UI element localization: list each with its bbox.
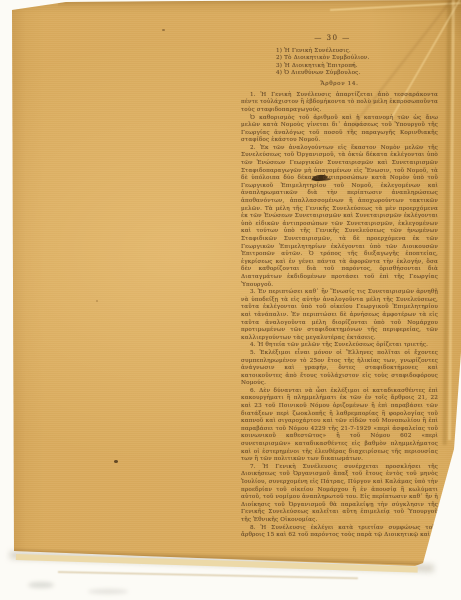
paragraph: 8. Ἡ Συνέλευσις ἐκλέγει κατὰ τριετίαν συ… xyxy=(241,525,438,540)
list-item: 4) Ὁ Διευθύνων Σύμβουλος. xyxy=(276,70,438,77)
paragraph: 7. Ἡ Γενικὴ Συνέλευσις συνέρχεται προσκλ… xyxy=(241,464,438,525)
page-number: — 30 — xyxy=(241,34,438,42)
list-item: 2) Τὸ Διοικητικὸν Συμβούλιον. xyxy=(276,55,438,62)
organs-list: 1) Ἡ Γενικὴ Συνέλευσις. 2) Τὸ Διοικητικὸ… xyxy=(276,48,438,78)
paragraph: 4. Ἡ θητεία τῶν μελῶν τῆς Συνελεύσεως ὁρ… xyxy=(241,342,438,350)
top-right-corner-shading xyxy=(440,0,461,52)
paragraph: 1. Ἡ Γενικὴ Συνέλευσις ἀπαρτίζεται ἀπὸ τ… xyxy=(241,92,438,115)
underlying-sheet-line xyxy=(58,571,358,579)
paragraph: 6. Δὲν δύνανται νὰ ὦσι ἐκλέξιμοι οἱ κατα… xyxy=(241,388,438,464)
printed-text-column: — 30 — 1) Ἡ Γενικὴ Συνέλευσις. 2) Τὸ Διο… xyxy=(241,34,438,540)
paper-speck xyxy=(114,460,118,463)
scanned-document-page: — 30 — 1) Ἡ Γενικὴ Συνέλευσις. 2) Τὸ Διο… xyxy=(0,0,461,600)
paper-speck xyxy=(162,29,165,31)
paper-sheet: — 30 — 1) Ἡ Γενικὴ Συνέλευσις. 2) Τὸ Διο… xyxy=(0,0,461,600)
paragraph: 2. Ἐκ τῶν ἀναλογούντων εἰς ἕκαστον Νομὸν… xyxy=(241,145,438,289)
scanner-smudge xyxy=(88,589,128,594)
paragraph: 3. Ἐν περιπτώσει καθ᾽ ἣν Ἕνωσίς τις Συνε… xyxy=(241,289,438,342)
paper-speck xyxy=(96,300,98,302)
scanner-smudge xyxy=(28,582,54,588)
paragraph: Ὁ καθορισμὸς τοῦ ἀριθμοῦ καὶ ἡ κατανομὴ … xyxy=(241,115,438,145)
article-heading: Ἄρθρον 14. xyxy=(241,81,438,89)
paragraph: 5. Ἐκλέξιμοι εἶναι μόνον οἱ Ἕλληνες πολῖ… xyxy=(241,350,438,388)
